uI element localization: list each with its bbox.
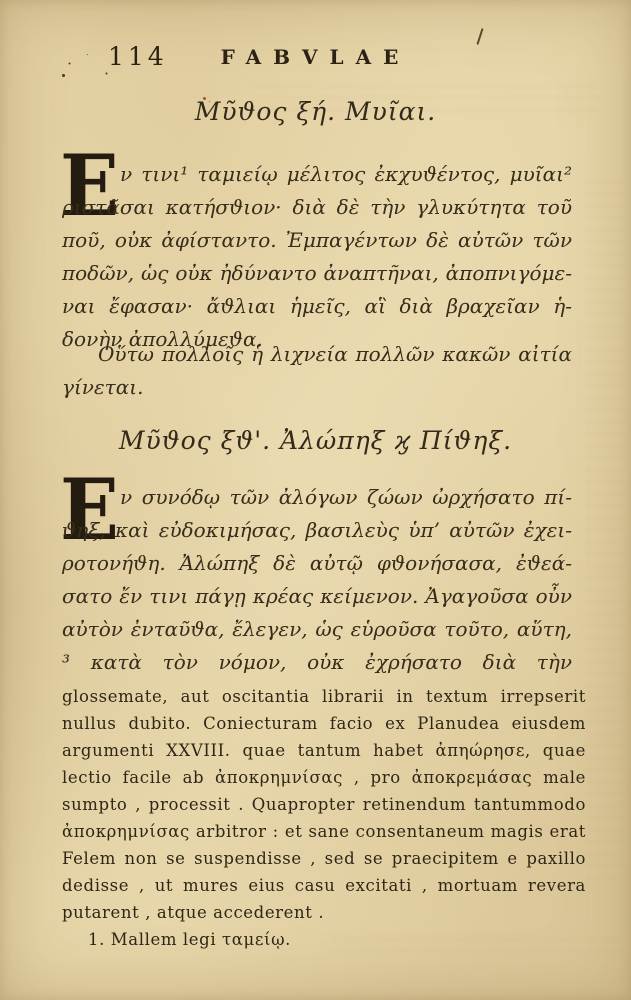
text-line: ϑηξ, καὶ εὐδοκιμήσας, βασιλεὺς ὑπ’ αὐτῶν… <box>62 514 572 547</box>
text-line: Felem non se suspendisse , sed se praeci… <box>62 845 586 872</box>
text-line: ποδῶν, ὡς οὐκ ἠδύναντο ἀναπτῆναι, ἀποπνι… <box>62 257 572 290</box>
verso-showthrough <box>585 180 625 880</box>
fable1-moral: Οὕτω πολλοῖς ἡ λιχνεία πολλῶν κακῶν αἰτί… <box>62 338 572 404</box>
fable2-title: Μῦϑος ξϑ'. Ἀλώπηξ ϗ Πίϑηξ. <box>0 426 631 455</box>
text-line: ροτονήϑη. Ἀλώπηξ δὲ αὐτῷ φϑονήσασα, ἐϑεά… <box>62 547 572 580</box>
text-line: sumpto , processit . Quapropter retinend… <box>62 791 586 818</box>
text-line: ναι ἔφασαν· ἄϑλιαι ἡμεῖς, αἳ διὰ βραχεῖα… <box>62 290 572 323</box>
pen-mark <box>476 28 483 45</box>
text-line: argumenti XXVIII. quae tantum habet ἀπηώ… <box>62 737 586 764</box>
text-line: lectio facile ab ἀποκρημνίσας , pro ἀποκ… <box>62 764 586 791</box>
text-line: glossemate, aut oscitantia librarii in t… <box>62 683 586 710</box>
running-header: FABVLAE <box>0 45 631 69</box>
text-line: ν συνόδῳ τῶν ἀλόγων ζώων ὠρχήσατο πί- <box>62 481 572 514</box>
text-line: ἀποκρημνίσας arbitror : et sane consenta… <box>62 818 586 845</box>
text-line: putarent , atque accederent . <box>62 899 586 926</box>
text-line: ν τινι¹ ταμιείῳ μέλιτος ἐκχυϑέντος, μυῖα… <box>62 158 572 191</box>
text-line: dedisse , ut mures eius casu excitati , … <box>62 872 586 899</box>
latin-commentary: glossemate, aut oscitantia librarii in t… <box>62 683 586 953</box>
text-line: nullus dubito. Coniecturam facio ex Plan… <box>62 710 586 737</box>
text-line: αὐτὸν ἐνταῦϑα, ἔλεγεν, ὡς εὑροῦσα τοῦτο,… <box>62 613 572 646</box>
footnote: 1. Mallem legi ταμείῳ. <box>62 926 586 953</box>
ink-specks <box>62 74 65 77</box>
fable2-text: ν συνόδῳ τῶν ἀλόγων ζώων ὠρχήσατο πί- ϑη… <box>62 481 572 679</box>
fable1-text: ν τινι¹ ταμιείῳ μέλιτος ἐκχυϑέντος, μυῖα… <box>62 158 572 356</box>
text-line: ποῦ, οὐκ ἀφίσταντο. Ἐμπαγέντων δὲ αὐτῶν … <box>62 224 572 257</box>
text-line: ³ κατὰ τὸν νόμον, οὐκ ἐχρήσατο διὰ τὴν β… <box>62 646 572 679</box>
text-line: γίνεται. <box>62 371 572 404</box>
text-line: ριστᾶσαι κατήσϑιον· διὰ δὲ τὴν γλυκύτητα… <box>62 191 572 224</box>
book-page-scan: 114 FABVLAE Μῦϑος ξή. Μυῖαι. E ν τινι¹ τ… <box>0 0 631 1000</box>
text-line: σατο ἔν τινι πάγῃ κρέας κείμενον. Ἀγαγοῦ… <box>62 580 572 613</box>
text-line: Οὕτω πολλοῖς ἡ λιχνεία πολλῶν κακῶν αἰτί… <box>62 338 572 371</box>
fable1-title: Μῦϑος ξή. Μυῖαι. <box>0 97 631 126</box>
